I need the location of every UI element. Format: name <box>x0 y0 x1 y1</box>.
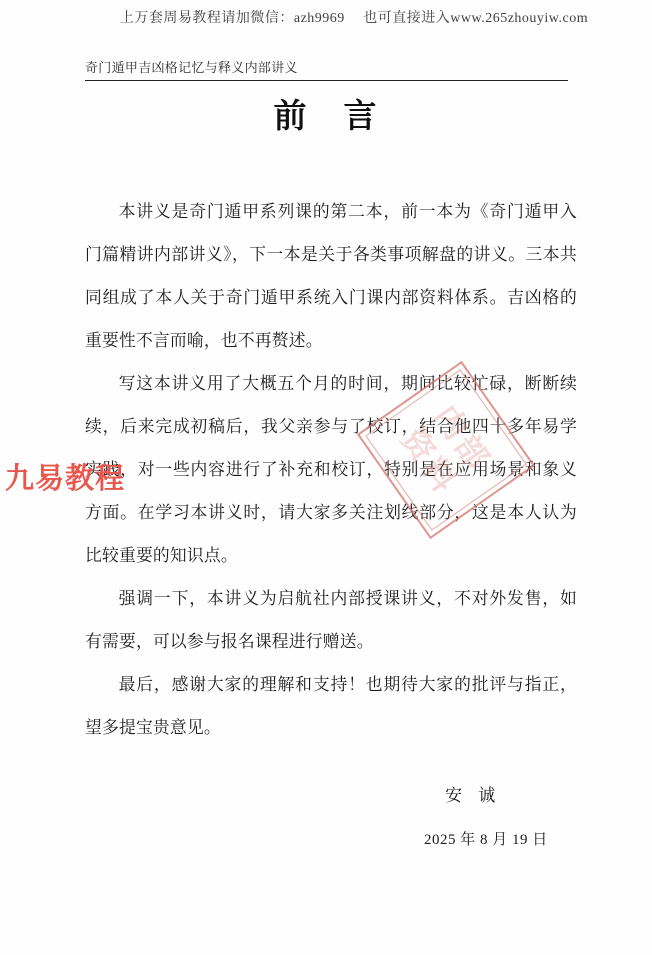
booklet-header-title: 奇门遁甲吉凶格记忆与释义内部讲义 <box>85 57 298 76</box>
document-page: 上万套周易教程请加微信：azh9969 也可直接进入www.265zhouyiw… <box>0 0 652 955</box>
promo-banner-text: 上万套周易教程请加微信：azh9969 也可直接进入www.265zhouyiw… <box>0 7 652 27</box>
preface-body: 本讲义是奇门遁甲系列课的第二本，前一本为《奇门遁甲入门篇精讲内部讲义》，下一本是… <box>85 190 577 749</box>
date-line: 2025 年 8 月 19 日 <box>424 828 548 849</box>
paragraph-1: 本讲义是奇门遁甲系列课的第二本，前一本为《奇门遁甲入门篇精讲内部讲义》，下一本是… <box>85 190 577 362</box>
paragraph-4: 最后，感谢大家的理解和支持！也期待大家的批评与指正，望多提宝贵意见。 <box>85 663 577 749</box>
page-title: 前 言 <box>0 90 652 137</box>
header-divider <box>85 80 568 81</box>
site-watermark: 九易教程 <box>5 456 125 497</box>
paragraph-2: 写这本讲义用了大概五个月的时间，期间比较忙碌，断断续续，后来完成初稿后，我父亲参… <box>85 362 577 577</box>
paragraph-3: 强调一下，本讲义为启航社内部授课讲义，不对外发售，如有需要，可以参与报名课程进行… <box>85 577 577 663</box>
author-signature: 安 诚 <box>445 781 497 806</box>
